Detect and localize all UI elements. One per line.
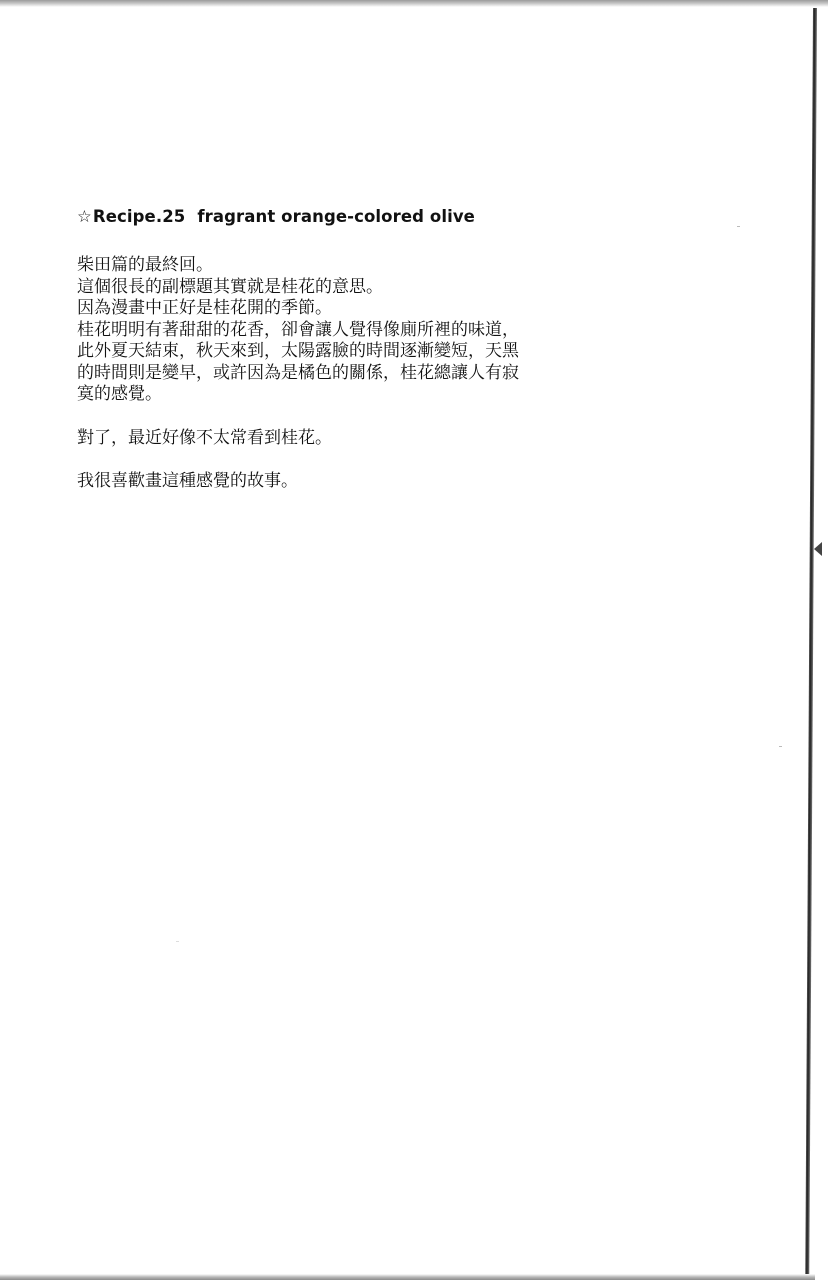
text-line: 的時間則是變早，或許因為是橘色的關係，桂花總讓人有寂 <box>77 363 567 385</box>
paragraph-note: 對了，最近好像不太常看到桂花。 <box>77 428 567 450</box>
scan-speck <box>737 226 740 227</box>
text-line: 對了，最近好像不太常看到桂花。 <box>77 428 567 450</box>
scan-bottom-shadow <box>0 1274 815 1280</box>
paragraph-main: 柴田篇的最終回。 這個很長的副標題其實就是桂花的意思。 因為漫畫中正好是桂花開的… <box>77 255 567 406</box>
text-line: 這個很長的副標題其實就是桂花的意思。 <box>77 277 567 299</box>
text-line: 柴田篇的最終回。 <box>77 255 567 277</box>
paragraph-closing: 我很喜歡畫這種感覺的故事。 <box>77 471 567 493</box>
text-line: 此外夏天結束，秋天來到，太陽露臉的時間逐漸變短，天黑 <box>77 341 567 363</box>
scan-top-shadow <box>0 0 828 7</box>
text-line: 我很喜歡畫這種感覺的故事。 <box>77 471 567 493</box>
text-line: 桂花明明有著甜甜的花香，卻會讓人覺得像廁所裡的味道， <box>77 320 567 342</box>
recipe-number: Recipe.25 <box>93 207 185 226</box>
chapter-title: ☆Recipe.25fragrant orange-colored olive <box>77 206 567 228</box>
afterword-text-block: ☆Recipe.25fragrant orange-colored olive … <box>77 206 567 493</box>
star-icon: ☆ <box>77 206 92 228</box>
page-binding-edge <box>805 8 817 1278</box>
text-line: 因為漫畫中正好是桂花開的季節。 <box>77 298 567 320</box>
scan-speck <box>779 746 782 747</box>
page-edge-notch <box>814 542 822 556</box>
chapter-subtitle: fragrant orange-colored olive <box>197 207 475 226</box>
text-line: 寞的感覺。 <box>77 384 567 406</box>
scan-speck <box>176 941 179 942</box>
